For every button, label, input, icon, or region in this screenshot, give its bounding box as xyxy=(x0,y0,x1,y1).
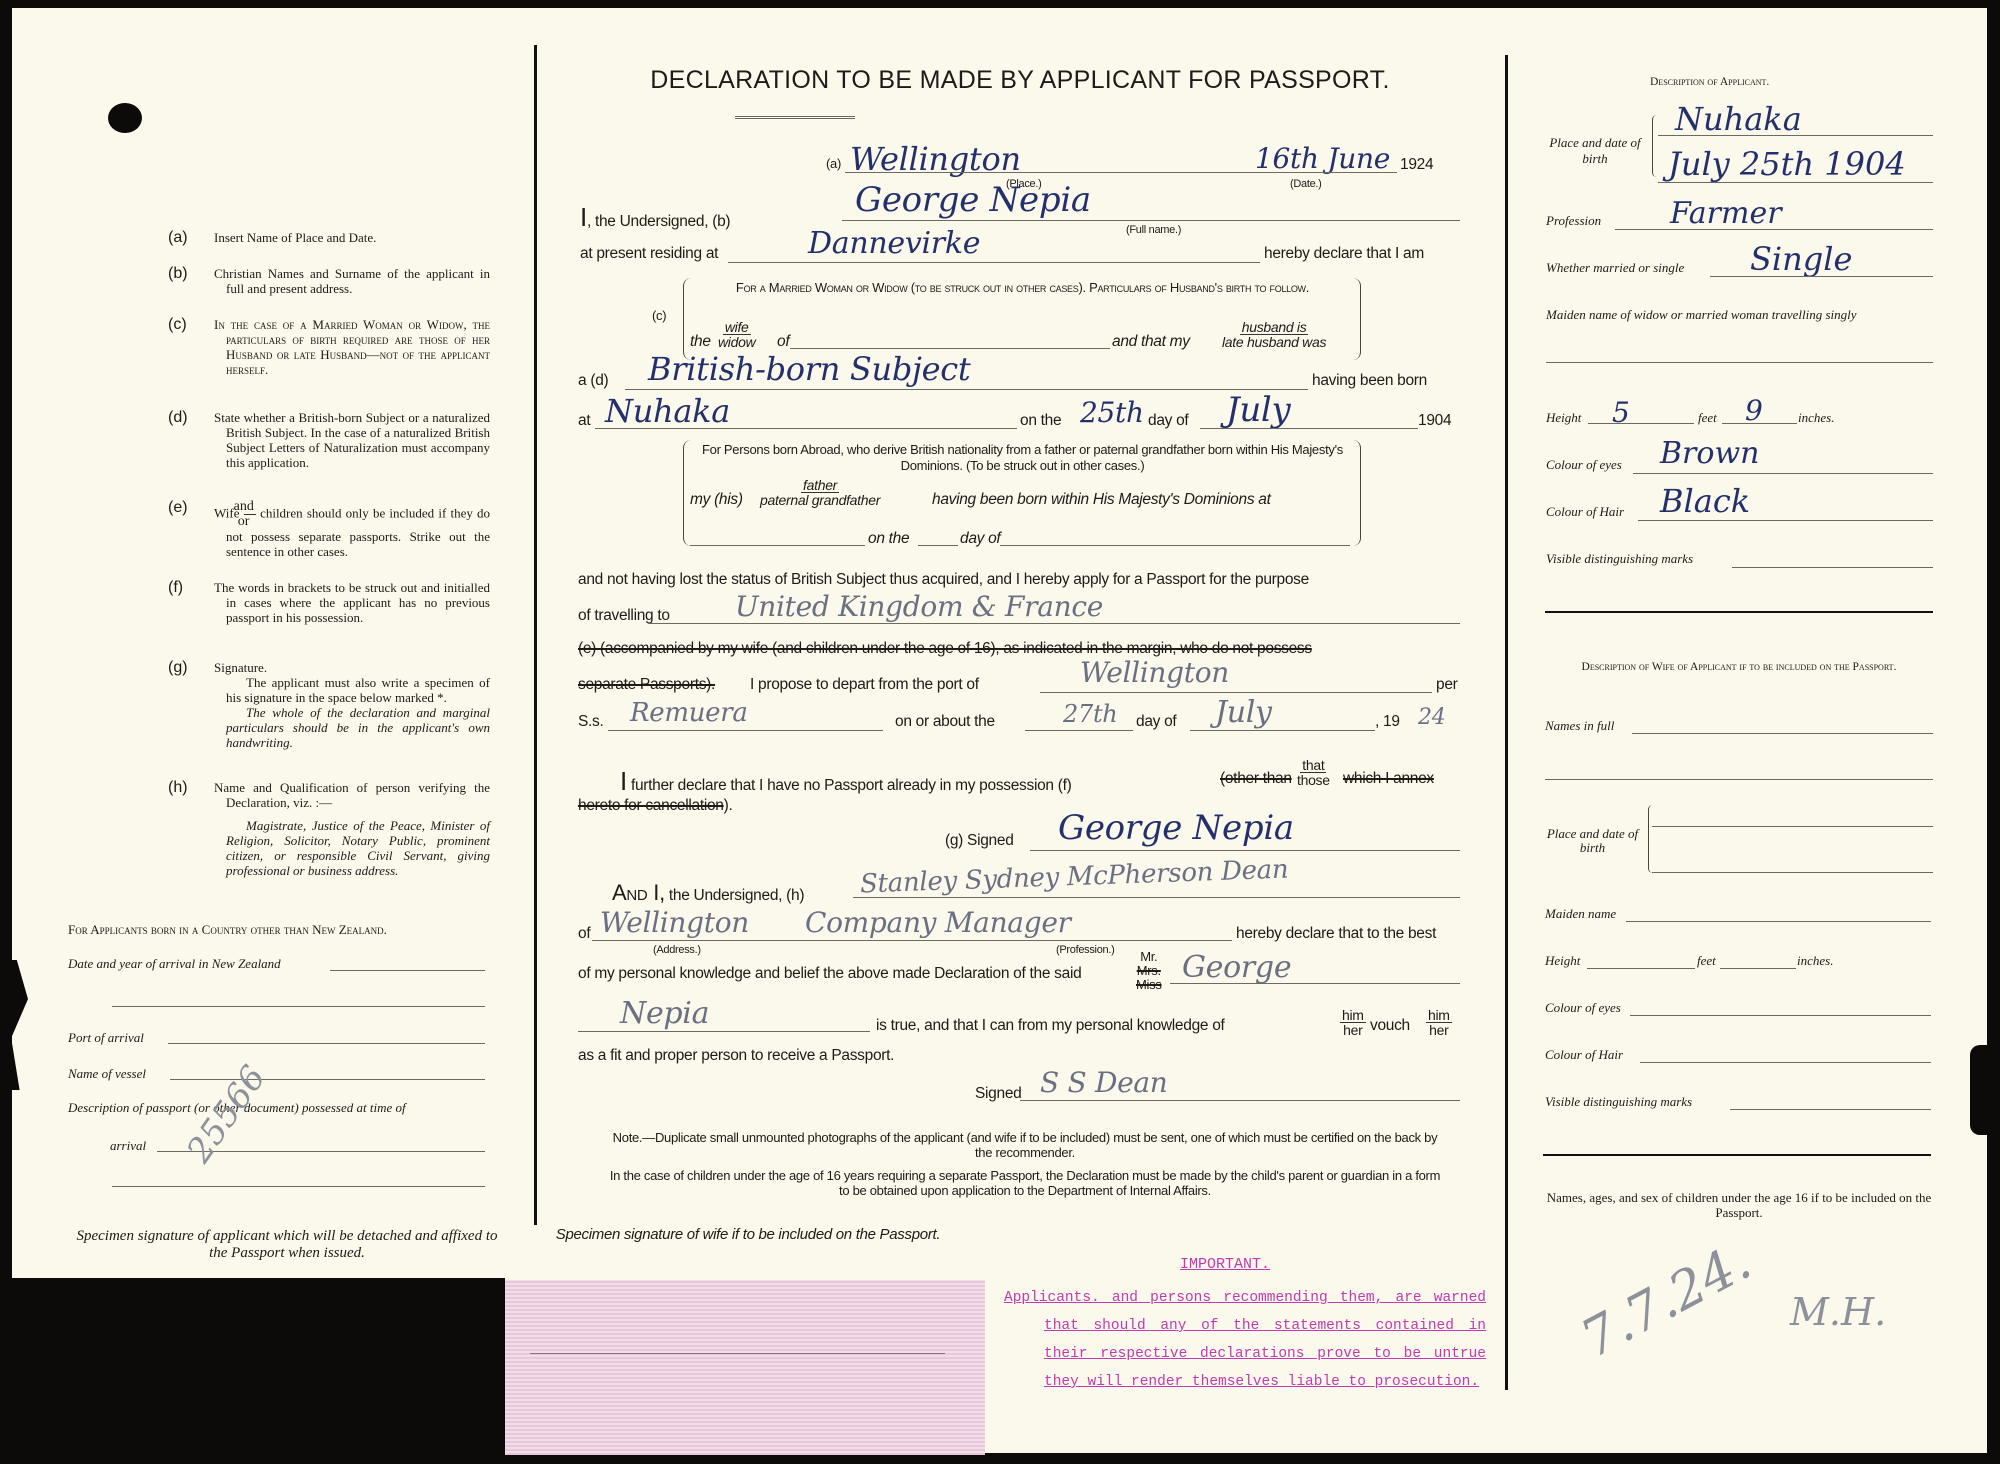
date-value[interactable]: 16th June xyxy=(1255,142,1390,175)
marital-status-value[interactable]: Single xyxy=(1750,240,1852,278)
wife-specimen-signature-box xyxy=(505,1280,985,1455)
important-heading: IMPORTANT. xyxy=(1180,1256,1270,1273)
wife-names-field[interactable] xyxy=(1632,733,1933,734)
vessel-label: Name of vessel xyxy=(68,1066,146,1082)
missing-corner xyxy=(12,1278,505,1464)
birth-place-desc-value[interactable]: Nuhaka xyxy=(1675,100,1802,138)
photograph-note: Note.—Duplicate small unmounted photogra… xyxy=(605,1130,1445,1160)
verifier-intro: And I, the Undersigned, (h) xyxy=(612,880,804,906)
note-c: (c) In the case of a Married Woman or Wi… xyxy=(170,317,490,377)
wife-marks-field[interactable] xyxy=(1730,1109,1931,1110)
arrival-date-field[interactable] xyxy=(330,970,485,971)
wife-maiden-field[interactable] xyxy=(1626,921,1931,922)
said-last-name-value[interactable]: Nepia xyxy=(620,996,709,1031)
residence-value[interactable]: Dannevirke xyxy=(808,226,980,261)
arrival-label: arrival xyxy=(110,1138,146,1154)
children-note: In the case of children under the age of… xyxy=(605,1168,1445,1198)
said-first-name-value[interactable]: George xyxy=(1182,950,1291,985)
wife-birth-date-field[interactable] xyxy=(1652,872,1933,873)
abroad-place-field[interactable] xyxy=(690,545,865,546)
applicant-signature[interactable]: George Nepia xyxy=(1058,808,1294,848)
further-declare: I further declare that I have no Passpor… xyxy=(620,766,1071,797)
form-title: DECLARATION TO BE MADE BY APPLICANT FOR … xyxy=(540,66,1500,95)
departure-day-value[interactable]: 27th xyxy=(1063,700,1117,728)
departure-month-value[interactable]: July xyxy=(1215,695,1272,730)
punch-hole xyxy=(108,103,142,133)
foreign-heading: For Applicants born in a Country other t… xyxy=(68,922,387,938)
right-edge-tab xyxy=(1970,1045,2000,1135)
height-feet-value[interactable]: 5 xyxy=(1612,396,1630,429)
verifier-profession-value[interactable]: Company Manager xyxy=(805,906,1071,939)
arrival-date-label: Date and year of arrival in New Zealand xyxy=(68,956,281,972)
full-name-value[interactable]: George Nepia xyxy=(855,180,1091,220)
abroad-day-field[interactable] xyxy=(918,545,958,546)
specimen-applicant-caption: Specimen signature of applicant which wi… xyxy=(72,1228,502,1262)
departure-port-value[interactable]: Wellington xyxy=(1080,656,1229,689)
arrival-date-field-2[interactable] xyxy=(112,1006,485,1007)
verifier-signature[interactable]: S S Dean xyxy=(1040,1066,1168,1099)
passport-desc-field-2[interactable] xyxy=(112,1186,485,1187)
column-divider-left xyxy=(534,45,537,1225)
wife-height-inches-field[interactable] xyxy=(1720,968,1796,969)
children-heading: Names, ages, and sex of children under t… xyxy=(1545,1190,1933,1220)
profession-value[interactable]: Farmer xyxy=(1670,196,1782,231)
wife-height-feet-field[interactable] xyxy=(1587,968,1695,969)
note-f: (f) The words in brackets to be struck o… xyxy=(170,580,490,625)
ship-name-value[interactable]: Remuera xyxy=(630,698,748,728)
note-b: (b) Christian Names and Surname of the a… xyxy=(170,266,490,296)
hair-colour-value[interactable]: Black xyxy=(1660,482,1750,520)
nationality-status-value[interactable]: British-born Subject xyxy=(648,350,970,388)
note-g: (g) Signature. The applicant must also w… xyxy=(170,660,490,750)
vessel-field[interactable] xyxy=(170,1079,485,1080)
wife-names-field-2[interactable] xyxy=(1545,779,1933,780)
wife-birth-place-field[interactable] xyxy=(1652,826,1933,827)
port-label: Port of arrival xyxy=(68,1030,144,1046)
husband-name-field[interactable] xyxy=(790,348,1110,349)
column-divider-right xyxy=(1505,55,1508,1390)
note-a: (a) Insert Name of Place and Date. xyxy=(170,230,490,245)
wife-eyes-field[interactable] xyxy=(1630,1015,1931,1016)
applicant-description-heading: Description of Applicant. xyxy=(1650,76,1769,88)
eye-colour-value[interactable]: Brown xyxy=(1660,436,1759,471)
maiden-name-field[interactable] xyxy=(1546,362,1933,363)
birth-place-value[interactable]: Nuhaka xyxy=(605,392,730,430)
port-field[interactable] xyxy=(168,1043,485,1044)
birth-day-value[interactable]: 25th xyxy=(1080,396,1144,429)
important-warning: Applicants. and persons recommending the… xyxy=(1004,1284,1486,1396)
marks-field[interactable] xyxy=(1732,567,1933,568)
birth-date-desc-value[interactable]: July 25th 1904 xyxy=(1668,145,1906,183)
abroad-month-field[interactable] xyxy=(1000,545,1350,546)
specimen-wife-caption: Specimen signature of wife if to be incl… xyxy=(548,1226,948,1243)
note-d: (d) State whether a British-born Subject… xyxy=(170,410,490,470)
note-e: (e) Wife andor children should only be i… xyxy=(170,500,490,559)
birth-month-value[interactable]: July xyxy=(1226,390,1290,430)
undersigned-label: II, the Undersigned, (b), the Undersigne… xyxy=(580,202,730,233)
wife-hair-field[interactable] xyxy=(1640,1062,1931,1063)
destination-value[interactable]: United Kingdom & France xyxy=(735,590,1103,623)
pencil-initials-annotation: M.H. xyxy=(1790,1290,1886,1334)
note-h: (h) Name and Qualification of person ver… xyxy=(170,780,490,878)
verifier-address-value[interactable]: Wellington xyxy=(600,906,749,939)
wife-description-heading: Description of Wife of Applicant if to b… xyxy=(1545,660,1933,674)
title-rule xyxy=(735,116,855,119)
departure-year-value[interactable]: 24 xyxy=(1418,705,1445,730)
